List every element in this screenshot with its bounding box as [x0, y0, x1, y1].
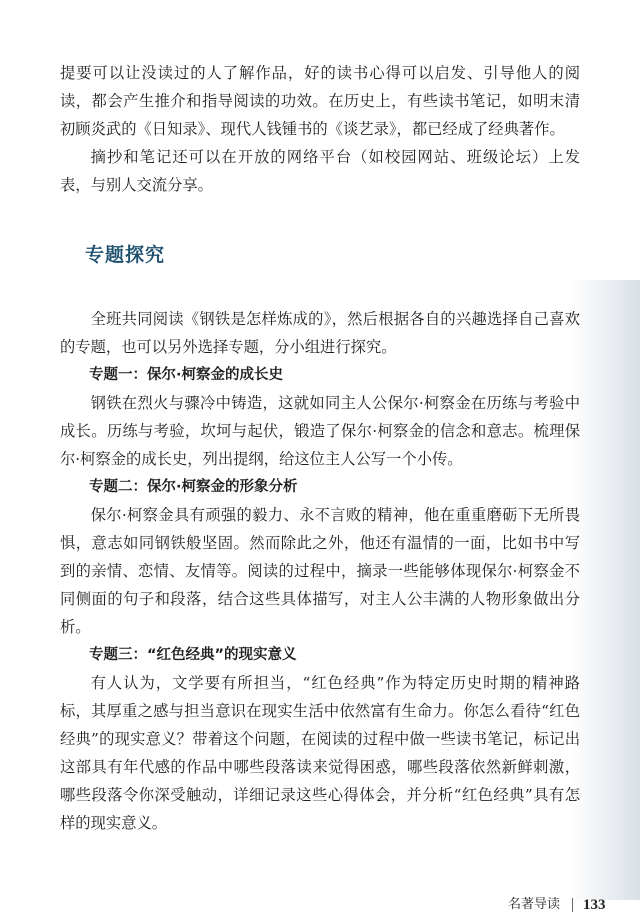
section-title: 专题探究	[85, 241, 580, 269]
topic-title: 专题三：“红色经典”的现实意义	[60, 641, 580, 669]
page-footer: 名著导读 133	[508, 896, 606, 914]
running-title: 名著导读	[508, 896, 560, 914]
topic-title: 专题二：保尔·柯察金的形象分析	[60, 473, 580, 501]
topic-title: 专题一：保尔·柯察金的成长史	[60, 361, 580, 389]
page-body: 提要可以让没读过的人了解作品，好的读书心得可以启发、引导他人的阅读，都会产生推介…	[60, 0, 580, 837]
topic-body: 保尔·柯察金具有顽强的毅力、永不言败的精神，他在重重磨砺下无所畏惧，意志如同钢铁…	[60, 501, 580, 641]
page-number: 133	[583, 896, 606, 914]
topic-body: 有人认为，文学要有所担当，“红色经典”作为特定历史时期的精神路标，其厚重之感与担…	[60, 669, 580, 837]
footer-divider	[572, 898, 573, 912]
paragraph: 摘抄和笔记还可以在开放的网络平台（如校园网站、班级论坛）上发表，与别人交流分享。	[60, 143, 580, 199]
section-intro: 全班共同阅读《钢铁是怎样炼成的》，然后根据各自的兴趣选择自己喜欢的专题，也可以另…	[60, 305, 580, 361]
paragraph: 提要可以让没读过的人了解作品，好的读书心得可以启发、引导他人的阅读，都会产生推介…	[60, 59, 580, 143]
page-edge-shadow	[570, 280, 640, 900]
topic-3: 专题三：“红色经典”的现实意义 有人认为，文学要有所担当，“红色经典”作为特定历…	[60, 641, 580, 837]
continued-text: 提要可以让没读过的人了解作品，好的读书心得可以启发、引导他人的阅读，都会产生推介…	[60, 59, 580, 199]
topic-2: 专题二：保尔·柯察金的形象分析 保尔·柯察金具有顽强的毅力、永不言败的精神，他在…	[60, 473, 580, 641]
topic-body: 钢铁在烈火与骤冷中铸造，这就如同主人公保尔·柯察金在历练与考验中成长。历练与考验…	[60, 389, 580, 473]
paragraph: 全班共同阅读《钢铁是怎样炼成的》，然后根据各自的兴趣选择自己喜欢的专题，也可以另…	[60, 305, 580, 361]
topic-1: 专题一：保尔·柯察金的成长史 钢铁在烈火与骤冷中铸造，这就如同主人公保尔·柯察金…	[60, 361, 580, 473]
